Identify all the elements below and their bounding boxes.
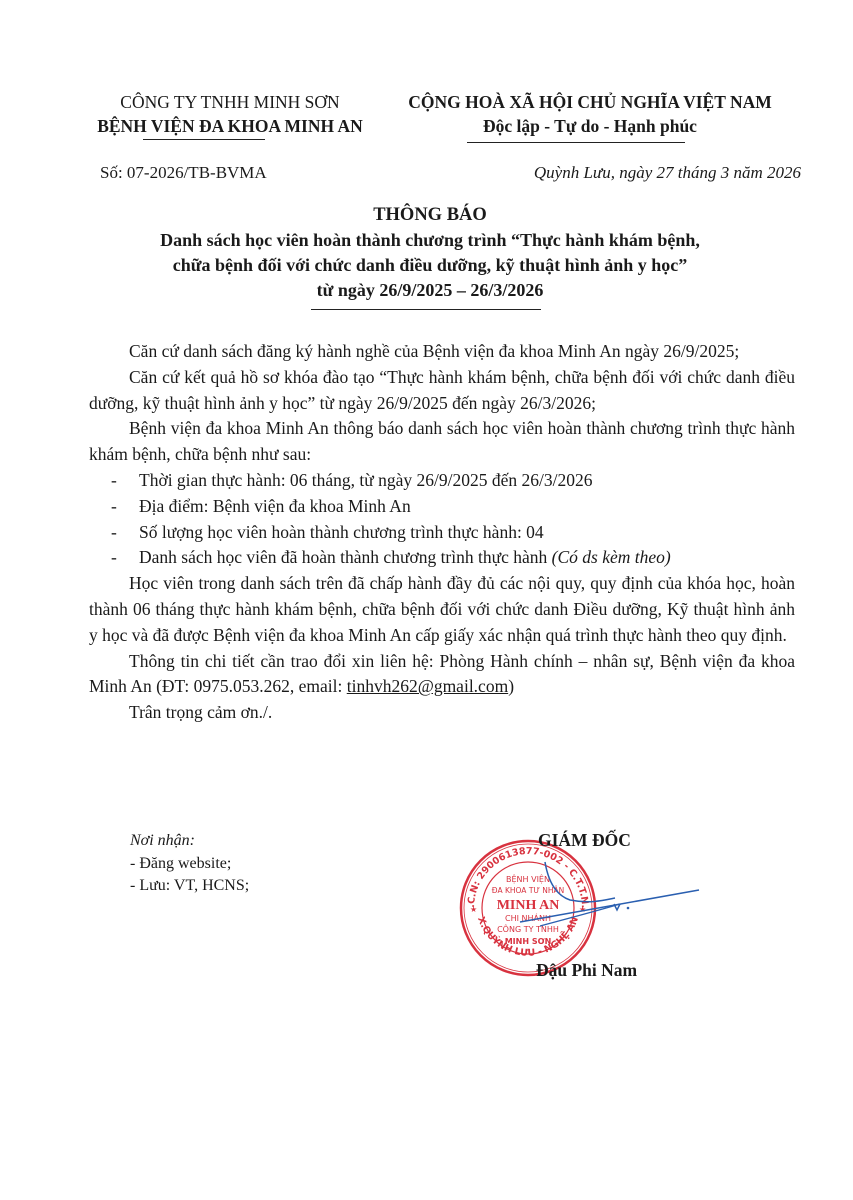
title-line: Danh sách học viên hoàn thành chương trì… bbox=[60, 228, 800, 253]
document-number: Số: 07-2026/TB-BVMA bbox=[100, 163, 267, 183]
handwritten-signature bbox=[470, 860, 700, 960]
parent-company: CÔNG TY TNHH MINH SƠN bbox=[60, 90, 400, 114]
document-title: THÔNG BÁO Danh sách học viên hoàn thành … bbox=[60, 203, 800, 303]
recipient-item: - Đăng website; bbox=[130, 853, 249, 876]
divider bbox=[143, 139, 265, 140]
divider bbox=[311, 309, 541, 310]
paragraph-contact: Thông tin chi tiết cần trao đổi xin liên… bbox=[89, 649, 795, 701]
paragraph: Căn cứ danh sách đăng ký hành nghề của B… bbox=[89, 339, 795, 365]
title-line: từ ngày 26/9/2025 – 26/3/2026 bbox=[60, 278, 800, 303]
paragraph: Bệnh viện đa khoa Minh An thông báo danh… bbox=[89, 416, 795, 468]
recipient-item: - Lưu: VT, HCNS; bbox=[130, 875, 249, 898]
recipients: Nơi nhận: - Đăng website; - Lưu: VT, HCN… bbox=[130, 830, 249, 898]
divider bbox=[467, 142, 685, 143]
country-name: CỘNG HOÀ XÃ HỘI CHỦ NGHĨA VIỆT NAM bbox=[380, 90, 800, 114]
attachment-note: (Có ds kèm theo) bbox=[552, 547, 671, 567]
national-header: CỘNG HOÀ XÃ HỘI CHỦ NGHĨA VIỆT NAM Độc l… bbox=[380, 90, 800, 138]
details-list: Thời gian thực hành: 06 tháng, từ ngày 2… bbox=[89, 468, 795, 571]
signer-name: Đậu Phi Nam bbox=[536, 960, 637, 981]
title-line: chữa bệnh đối với chức danh điều dưỡng, … bbox=[60, 253, 800, 278]
place-and-date: Quỳnh Lưu, ngày 27 tháng 3 năm 2026 bbox=[534, 163, 801, 183]
document-body: Căn cứ danh sách đăng ký hành nghề của B… bbox=[89, 339, 795, 726]
list-item: Thời gian thực hành: 06 tháng, từ ngày 2… bbox=[111, 468, 795, 494]
recipients-label: Nơi nhận: bbox=[130, 830, 249, 853]
hospital-name: BỆNH VIỆN ĐA KHOA MINH AN bbox=[60, 114, 400, 138]
national-motto: Độc lập - Tự do - Hạnh phúc bbox=[380, 114, 800, 138]
paragraph: Căn cứ kết quả hồ sơ khóa đào tạo “Thực … bbox=[89, 365, 795, 417]
closing: Trân trọng cảm ơn./. bbox=[89, 700, 795, 726]
list-item: Số lượng học viên hoàn thành chương trìn… bbox=[111, 520, 795, 546]
list-item: Danh sách học viên đã hoàn thành chương … bbox=[111, 545, 795, 571]
signer-title: GIÁM ĐỐC bbox=[538, 830, 631, 851]
list-item: Địa điểm: Bệnh viện đa khoa Minh An bbox=[111, 494, 795, 520]
title-main: THÔNG BÁO bbox=[60, 203, 800, 228]
organization-header: CÔNG TY TNHH MINH SƠN BỆNH VIỆN ĐA KHOA … bbox=[60, 90, 400, 138]
paragraph: Học viên trong danh sách trên đã chấp hà… bbox=[89, 571, 795, 648]
email-link[interactable]: tinhvh262@gmail.com bbox=[347, 676, 508, 696]
